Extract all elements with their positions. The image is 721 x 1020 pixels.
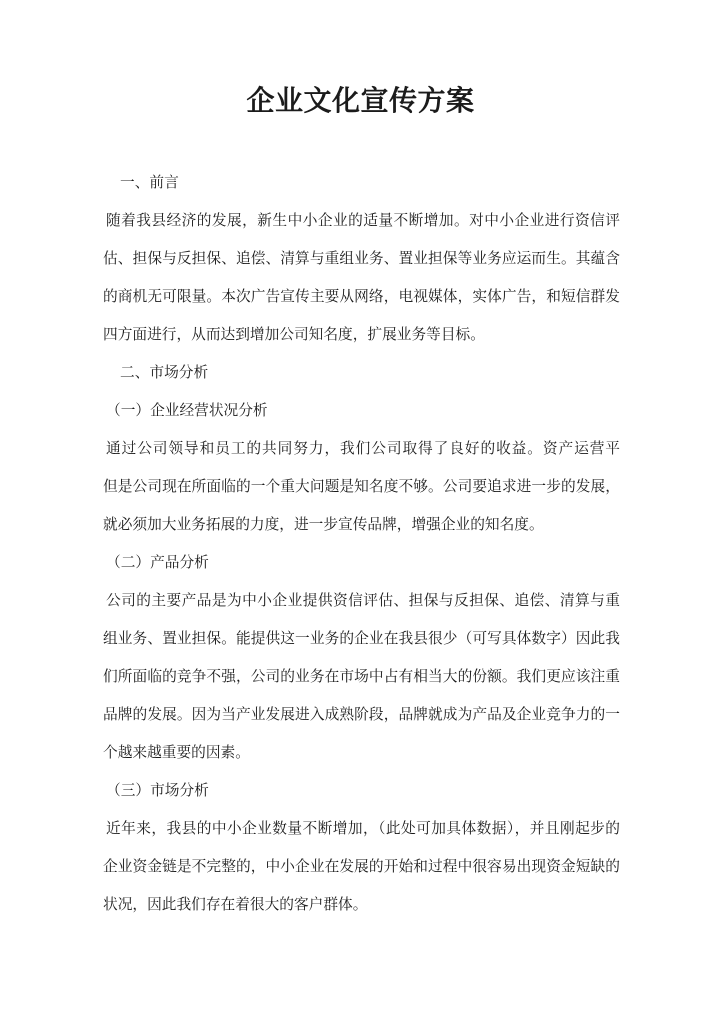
section-heading: 一、前言 — [103, 164, 620, 202]
section-heading: 二、市场分析 — [103, 354, 620, 392]
paragraph-line: 估、担保与反担保、追偿、清算与重组业务、置业担保等业务应运而生。其蕴含 — [103, 240, 620, 278]
paragraph: 公司的主要产品是为中小企业提供资信评估、担保与反担保、追偿、清算与重组业务、置业… — [103, 582, 620, 772]
paragraph: 随着我县经济的发展，新生中小企业的适量不断增加。对中小企业进行资信评估、担保与反… — [103, 202, 620, 354]
paragraph-line: 四方面进行，从而达到增加公司知名度，扩展业务等目标。 — [103, 316, 620, 354]
paragraph-line: 近年来，我县的中小企业数量不断增加，（此处可加具体数据），并且刚起步的 — [103, 810, 620, 848]
paragraph-line: 个越来越重要的因素。 — [103, 734, 620, 772]
paragraph-line: 随着我县经济的发展，新生中小企业的适量不断增加。对中小企业进行资信评 — [103, 202, 620, 240]
section-subheading: （二）产品分析 — [103, 544, 620, 582]
paragraph-line: 们所面临的竞争不强，公司的业务在市场中占有相当大的份额。我们更应该注重 — [103, 658, 620, 696]
paragraph: 近年来，我县的中小企业数量不断增加，（此处可加具体数据），并且刚起步的企业资金链… — [103, 810, 620, 924]
paragraph-line: 的商机无可限量。本次广告宣传主要从网络，电视媒体，实体广告，和短信群发 — [103, 278, 620, 316]
section-subheading: （一）企业经营状况分析 — [103, 392, 620, 430]
paragraph-line: 通过公司领导和员工的共同努力，我们公司取得了良好的收益。资产运营平稳。 — [103, 430, 620, 468]
paragraph-line: 状况，因此我们存在着很大的客户群体。 — [103, 886, 620, 924]
paragraph-line: 就必须加大业务拓展的力度，进一步宣传品牌，增强企业的知名度。 — [103, 506, 620, 544]
document-body: 一、前言随着我县经济的发展，新生中小企业的适量不断增加。对中小企业进行资信评估、… — [103, 164, 620, 924]
document-title: 企业文化宣传方案 — [0, 0, 721, 117]
section-subheading: （三）市场分析 — [103, 772, 620, 810]
paragraph-line: 但是公司现在所面临的一个重大问题是知名度不够。公司要追求进一步的发展， — [103, 468, 620, 506]
paragraph-line: 企业资金链是不完整的，中小企业在发展的开始和过程中很容易出现资金短缺的 — [103, 848, 620, 886]
document-page: 企业文化宣传方案 一、前言随着我县经济的发展，新生中小企业的适量不断增加。对中小… — [0, 0, 721, 1020]
paragraph: 通过公司领导和员工的共同努力，我们公司取得了良好的收益。资产运营平稳。但是公司现… — [103, 430, 620, 544]
paragraph-line: 公司的主要产品是为中小企业提供资信评估、担保与反担保、追偿、清算与重 — [103, 582, 620, 620]
paragraph-line: 品牌的发展。因为当产业发展进入成熟阶段，品牌就成为产品及企业竞争力的一 — [103, 696, 620, 734]
paragraph-line: 组业务、置业担保。能提供这一业务的企业在我县很少（可写具体数字）因此我 — [103, 620, 620, 658]
